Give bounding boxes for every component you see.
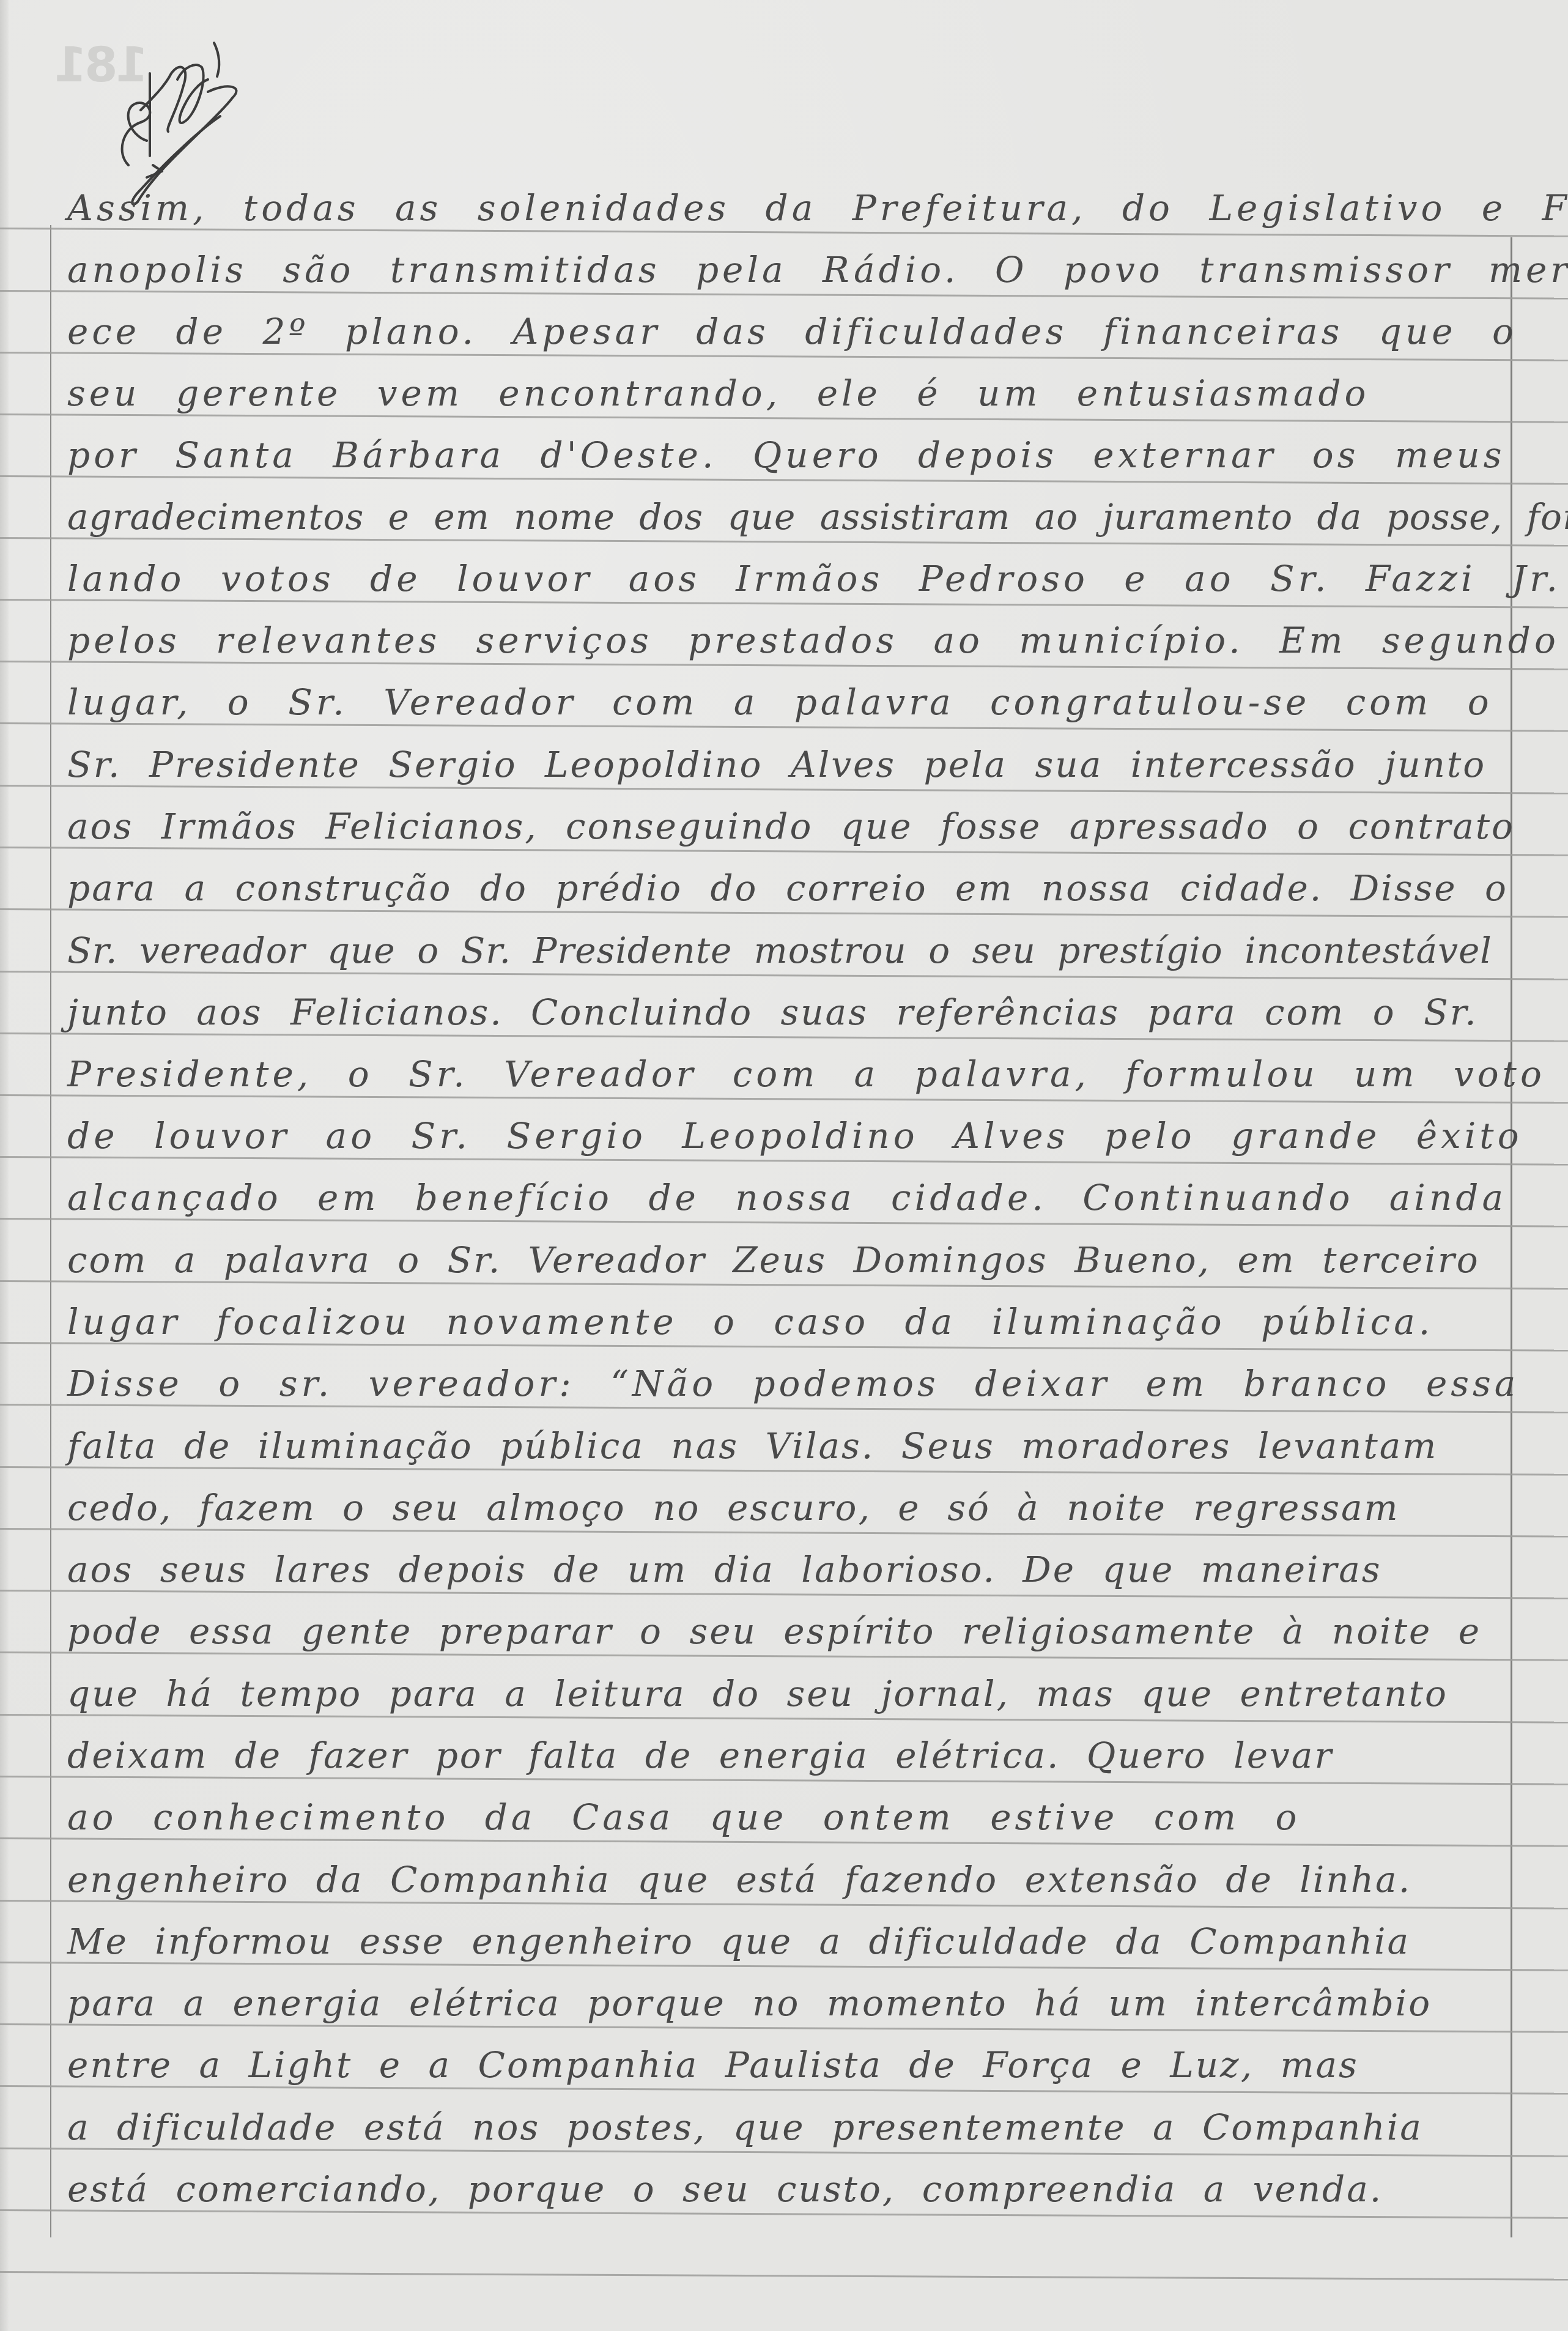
handwritten-line: está comerciando, porque o seu custo, co…: [67, 2168, 1523, 2211]
ruled-line: [0, 1776, 1568, 1785]
handwritten-line: ece de 2º plano. Apesar das dificuldades…: [67, 310, 1523, 353]
handwritten-line: ao conhecimento da Casa que ontem estive…: [67, 1796, 1523, 1839]
handwritten-line: Assim, todas as solenidades da Prefeitur…: [67, 187, 1523, 229]
page-left-edge: [0, 0, 9, 2331]
handwritten-line: entre a Light e a Companhia Paulista de …: [67, 2044, 1523, 2086]
handwritten-line: cedo, fazem o seu almoço no escuro, e só…: [67, 1486, 1523, 1529]
ruled-line: [0, 785, 1568, 795]
ruled-line: [0, 413, 1568, 423]
handwritten-line: pode essa gente preparar o seu espírito …: [67, 1610, 1523, 1653]
ruled-line: [0, 2085, 1568, 2095]
handwritten-line: para a construção do prédio do correio e…: [67, 867, 1523, 910]
handwritten-line: lando votos de louvor aos Irmãos Pedroso…: [67, 557, 1523, 600]
ruled-line: [0, 1837, 1568, 1847]
handwritten-line: pelos relevantes serviços prestados ao m…: [67, 619, 1523, 662]
ruled-line: [0, 661, 1568, 670]
handwritten-line: junto aos Felicianos. Concluindo suas re…: [67, 991, 1523, 1034]
handwritten-line: Sr. Presidente Sergio Leopoldino Alves p…: [67, 743, 1523, 786]
handwritten-line: Sr. vereador que o Sr. Presidente mostro…: [67, 929, 1523, 972]
handwritten-line: agradecimentos e em nome dos que assisti…: [67, 495, 1523, 538]
signature-mark: [104, 24, 263, 214]
ruled-line: [0, 1590, 1568, 1599]
handwritten-line: Me informou esse engenheiro que a dificu…: [67, 1920, 1523, 1963]
ruled-line: [0, 1156, 1568, 1166]
handwritten-line: lugar focalizou novamente o caso da ilum…: [67, 1300, 1523, 1343]
ruled-line: [0, 1466, 1568, 1476]
left-margin-line: [50, 225, 51, 2237]
ruled-line: [0, 2209, 1568, 2219]
handwritten-line: que há tempo para a leitura do seu jorna…: [67, 1672, 1523, 1715]
handwritten-line: Presidente, o Sr. Vereador com a palavra…: [67, 1053, 1523, 1095]
ruled-line: [0, 2148, 1568, 2157]
ruled-line: [0, 537, 1568, 547]
manuscript-page: 181 Assi: [0, 0, 1568, 2331]
handwritten-line: por Santa Bárbara d'Oeste. Quero depois …: [67, 434, 1523, 476]
handwritten-line: Disse o sr. vereador: “Não podemos deixa…: [67, 1362, 1523, 1405]
ruled-line: [0, 722, 1568, 732]
ruled-line: [0, 1714, 1568, 1724]
handwritten-line: deixam de fazer por falta de energia elé…: [67, 1734, 1523, 1777]
ruled-line: [0, 290, 1568, 300]
ruled-line: [0, 1900, 1568, 1910]
handwritten-line: seu gerente vem encontrando, ele é um en…: [67, 372, 1523, 415]
handwritten-line: engenheiro da Companhia que está fazendo…: [67, 1858, 1523, 1901]
handwritten-line: para a energia elétrica porque no moment…: [67, 1982, 1523, 2025]
ruled-line: [0, 1342, 1568, 1352]
ruled-line: [0, 1651, 1568, 1661]
ruled-line: [0, 1094, 1568, 1104]
ruled-line: [0, 1280, 1568, 1290]
ruled-line: [0, 1218, 1568, 1228]
ruled-line: [0, 1032, 1568, 1042]
handwritten-line: alcançado em benefício de nossa cidade. …: [67, 1176, 1523, 1219]
handwritten-line: com a palavra o Sr. Vereador Zeus Doming…: [67, 1239, 1523, 1281]
handwritten-line: a dificuldade está nos postes, que prese…: [67, 2106, 1523, 2149]
handwritten-line: de louvor ao Sr. Sergio Leopoldino Alves…: [67, 1114, 1523, 1157]
ruled-line: [0, 475, 1568, 485]
handwritten-line: aos seus lares depois de um dia laborios…: [67, 1548, 1523, 1591]
ruled-line: [0, 2271, 1568, 2281]
ruled-line: [0, 1962, 1568, 1971]
handwritten-line: lugar, o Sr. Vereador com a palavra cong…: [67, 681, 1523, 724]
handwritten-line: aos Irmãos Felicianos, conseguindo que f…: [67, 805, 1523, 848]
ruled-line: [0, 908, 1568, 918]
ruled-line: [0, 971, 1568, 980]
ruled-line: [0, 847, 1568, 856]
handwritten-line: anopolis são transmitidas pela Rádio. O …: [67, 248, 1523, 291]
ruled-line: [0, 1404, 1568, 1414]
ruled-line: [0, 1528, 1568, 1538]
ruled-line: [0, 2023, 1568, 2033]
ruled-line: [0, 352, 1568, 361]
ruled-line: [0, 599, 1568, 609]
handwritten-line: falta de iluminação pública nas Vilas. S…: [67, 1425, 1523, 1467]
